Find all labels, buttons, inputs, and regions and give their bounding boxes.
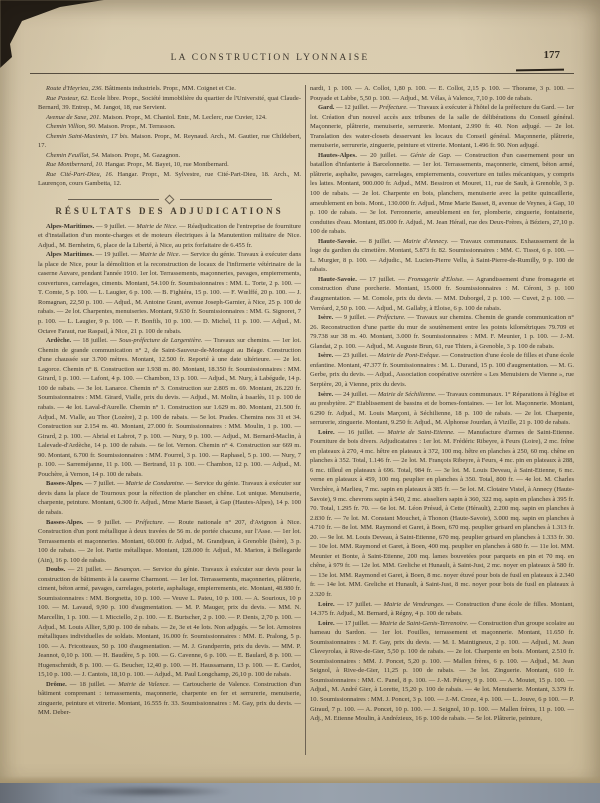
separator: — xyxy=(370,620,380,627)
listing-item: Chemin Feuillat, 54. Maison. Propr., M. … xyxy=(38,151,301,161)
venue-label: Besançon. xyxy=(114,566,141,573)
separator: — xyxy=(455,429,468,436)
region-label: Isère. xyxy=(318,314,333,321)
region-label: Loire. xyxy=(318,429,335,436)
page-number: 177 xyxy=(544,49,561,61)
adjudication-entry: Isère. — 24 juillet. — Mairie de Séchili… xyxy=(310,390,574,428)
region-label: Basses-Alpes. xyxy=(46,480,83,487)
region-label: Doubs. xyxy=(46,566,65,573)
entry-text: Manufacture d'armes de Saint-Etienne. Fo… xyxy=(310,429,574,598)
region-label: Hautes-Alpes. xyxy=(318,152,357,159)
separator: — xyxy=(108,337,119,344)
separator: — xyxy=(184,480,194,487)
adjudication-entry: Haute-Savoie. — 17 juillet. — Fromagerie… xyxy=(310,275,574,313)
street-label: Chemin Feuillat, 54. xyxy=(46,152,100,159)
separator: — xyxy=(397,152,410,159)
separator: — xyxy=(335,429,348,436)
venue-label: Mairie de Saint-Genis-Terrenoire. xyxy=(380,620,469,627)
separator: — xyxy=(129,251,139,258)
listing-item: Route d'Heyrieu, 236. Bâtiments industri… xyxy=(38,84,301,94)
region-label: Alpes Maritimes. xyxy=(46,251,94,258)
entry-date: 17 juillet. xyxy=(346,601,372,608)
entry-date: 9 juillet. xyxy=(104,223,126,230)
street-label: Rue Cité-Part-Dieu, 16. xyxy=(46,171,113,178)
continuation-paragraph: nardi, 1 p. 100. — A. Collot, 1,80 p. 10… xyxy=(310,84,574,103)
separator: — xyxy=(357,276,369,283)
street-label: Route d'Heyrieu, 236. xyxy=(46,85,103,92)
scanner-background-strip xyxy=(0,783,600,803)
entry-date: 18 juillet. xyxy=(82,337,108,344)
divider-line xyxy=(68,199,160,200)
region-label: Alpes-Maritimes. xyxy=(46,223,94,230)
separator: — xyxy=(335,601,347,608)
entry-date: 9 juillet. xyxy=(97,519,121,526)
entry-text: Service du génie. Travaux à exécuter dan… xyxy=(38,251,301,334)
separator: — xyxy=(333,314,344,321)
separator: — xyxy=(141,566,152,573)
entry-date: 9 juillet. xyxy=(344,314,366,321)
entry-date: 16 juillet. xyxy=(348,429,375,436)
separator: — xyxy=(369,104,379,111)
venue-label: Mairie de Vendranges. xyxy=(384,601,445,608)
listing-text: Bâtiments industriels. Propr., MM. Coign… xyxy=(103,85,236,92)
separator: — xyxy=(357,238,369,245)
separator: — xyxy=(334,104,344,111)
region-label: Haute-Savoie. xyxy=(318,276,357,283)
venue-label: Mairie de Condamine. xyxy=(125,480,184,487)
separator: — xyxy=(202,337,213,344)
separator: — xyxy=(391,238,403,245)
venue-label: Préfecture. xyxy=(135,519,164,526)
separator: — xyxy=(448,238,460,245)
separator: — xyxy=(437,391,447,398)
adjudication-entry: Alpes-Maritimes. — 9 juillet. — Mairie d… xyxy=(38,222,301,251)
entry-date: 17 juillet. xyxy=(369,276,395,283)
adjudication-entry: Gard. — 12 juillet. — Préfecture. — Trav… xyxy=(310,103,574,151)
region-label: Drôme. xyxy=(46,681,67,688)
adjudication-entry: Isère. — 9 juillet. — Préfecture. — Trav… xyxy=(310,313,574,351)
header-rule-accent xyxy=(516,69,564,72)
region-label: Gard. xyxy=(318,104,334,111)
entry-text: Travaux sur chemins. — 1er lot. Chemin d… xyxy=(38,337,301,478)
section-divider-ornament xyxy=(68,196,272,203)
separator: — xyxy=(440,352,450,359)
entry-date: 19 juillet. xyxy=(104,251,129,258)
adjudication-entry: Haute-Savoie. — 8 juillet. — Mairie d'An… xyxy=(310,237,574,275)
adjudication-entry: Basses-Alpes. — 9 juillet. — Préfecture.… xyxy=(38,518,301,566)
separator: — xyxy=(333,352,343,359)
separator: — xyxy=(452,152,465,159)
venue-label: Mairie de Séchilienne. xyxy=(378,391,437,398)
listing-text: Hangar. Propr., M. Bayet, 10, rue Montbe… xyxy=(104,161,229,168)
separator: — xyxy=(464,276,476,283)
street-label: Rue Pasteur, 62. xyxy=(46,95,89,102)
venue-label: Mairie de Nice. xyxy=(139,251,180,258)
separator: — xyxy=(368,352,378,359)
adjudication-entries-right: Gard. — 12 juillet. — Préfecture. — Trav… xyxy=(310,103,574,724)
listing-text: Maison. Propr., M. Chaniol. Entr., M. Le… xyxy=(101,114,267,121)
separator: — xyxy=(65,566,76,573)
entry-date: 23 juillet. xyxy=(343,352,368,359)
listing-item: Rue Montbernard, 10. Hangar. Propr., M. … xyxy=(38,160,301,170)
venue-label: Sous-préfecture de Largentière. xyxy=(119,337,203,344)
adjudication-entry: Doubs. — 21 juillet. — Besançon. — Servi… xyxy=(38,565,301,680)
separator: — xyxy=(368,391,378,398)
street-label: Chemin Villion, 90. xyxy=(46,123,96,130)
separator: — xyxy=(406,314,417,321)
street-label: Chemin Saint-Maximin, 17 bis. xyxy=(46,133,129,140)
region-label: Loire. xyxy=(318,601,335,608)
entry-date: 8 juillet. xyxy=(369,238,392,245)
venue-label: Mairie de Saint-Etienne. xyxy=(387,429,454,436)
separator: — xyxy=(126,223,136,230)
listing-text: Maison. Propr., M. Terrasson. xyxy=(96,123,175,130)
listing-item: Avenue de Saxe, 201. Maison. Propr., M. … xyxy=(38,113,301,123)
adjudication-entry: Isère. — 23 juillet. — Mairie de Pont-Ev… xyxy=(310,351,574,389)
separator: — xyxy=(333,391,343,398)
separator: — xyxy=(468,620,478,627)
separator: — xyxy=(94,223,104,230)
adjudication-entry: Basses-Alpes. — 7 juillet. — Mairie de C… xyxy=(38,479,301,517)
diamond-ornament-icon xyxy=(165,195,175,205)
separator: — xyxy=(180,251,190,258)
separator: — xyxy=(444,601,456,608)
venue-label: Mairie d'Annecy. xyxy=(403,238,448,245)
region-label: Loire. xyxy=(318,620,335,627)
adjudication-entry: Loire. — 16 juillet. — Mairie de Saint-E… xyxy=(310,428,574,600)
street-label: Rue Montbernard, 10. xyxy=(46,161,104,168)
separator: — xyxy=(164,519,178,526)
entry-date: 20 juillet. xyxy=(370,152,397,159)
venue-label: Préfecture. xyxy=(377,314,406,321)
region-label: Haute-Savoie. xyxy=(318,238,357,245)
paper-sheet: LA CONSTRUCTION LYONNAISE 177 Route d'He… xyxy=(0,0,600,783)
venue-label: Mairie de Pont-Evêque. xyxy=(378,352,440,359)
region-label: Isère. xyxy=(318,391,333,398)
street-label: Avenue de Saxe, 201. xyxy=(46,114,101,121)
listing-text: Maison. Propr., M. Gazagnon. xyxy=(100,152,180,159)
region-label: Isère. xyxy=(318,352,333,359)
listing-item: Chemin Saint-Maximin, 17 bis. Maison. Pr… xyxy=(38,132,301,151)
separator: — xyxy=(170,681,183,688)
right-column: nardi, 1 p. 100. — A. Collot, 1,80 p. 10… xyxy=(310,84,574,761)
separator: — xyxy=(357,152,370,159)
column-rule xyxy=(305,85,306,755)
separator: — xyxy=(395,276,407,283)
adjudication-entry: Hautes-Alpes. — 20 juillet. — Génie de G… xyxy=(310,151,574,237)
scanned-newspaper-page: LA CONSTRUCTION LYONNAISE 177 Route d'He… xyxy=(0,0,600,803)
divider-line xyxy=(180,199,272,200)
separator: — xyxy=(408,104,418,111)
venue-label: Mairie de Nice. xyxy=(136,223,177,230)
separator: — xyxy=(366,314,377,321)
separator: — xyxy=(94,251,104,258)
venue-label: Mairie de Valence. xyxy=(118,681,170,688)
separator: — xyxy=(83,519,97,526)
entry-text: Construction d'un groupe scolaire au ham… xyxy=(310,620,574,722)
adjudication-entry: Loire. — 17 juillet. — Mairie de Vendran… xyxy=(310,600,574,619)
separator: — xyxy=(115,480,125,487)
two-column-text-area: Route d'Heyrieu, 236. Bâtiments industri… xyxy=(38,84,574,761)
entry-text: Construction d'un casernement pour un ba… xyxy=(310,152,574,235)
listing-item: Rue Pasteur, 62. Ecole libre. Propr., So… xyxy=(38,94,301,113)
left-column: Route d'Heyrieu, 236. Bâtiments industri… xyxy=(38,84,301,761)
listing-item: Rue Cité-Part-Dieu, 16. Hangar. Propr., … xyxy=(38,170,301,189)
entry-date: 21 juillet. xyxy=(77,566,103,573)
adjudication-entry: Ardèche. — 18 juillet. — Sous-préfecture… xyxy=(38,336,301,479)
scan-smudge xyxy=(72,786,232,797)
separator: — xyxy=(83,480,93,487)
region-label: Basses-Alpes. xyxy=(46,519,83,526)
separator: — xyxy=(67,681,80,688)
separator: — xyxy=(103,566,114,573)
section-title: RÉSULTATS DES ADJUDICATIONS xyxy=(38,207,301,217)
separator: — xyxy=(106,681,119,688)
adjudication-entries-left: Alpes-Maritimes. — 9 juillet. — Mairie d… xyxy=(38,222,301,718)
header-rule xyxy=(30,73,574,74)
entry-date: 24 juillet. xyxy=(343,391,368,398)
adjudication-entry: Drôme. — 18 juillet. — Mairie de Valence… xyxy=(38,680,301,718)
journal-title: LA CONSTRUCTION LYONNAISE xyxy=(150,53,390,63)
entry-date: 12 juillet. xyxy=(344,104,369,111)
entry-text: Service du génie. Travaux à exécuter sur… xyxy=(38,566,301,678)
region-label: Ardèche. xyxy=(46,337,71,344)
entry-date: 7 juillet. xyxy=(93,480,115,487)
separator: — xyxy=(177,223,187,230)
separator: — xyxy=(374,429,387,436)
venue-label: Fromagerie d'Eloise. xyxy=(408,276,464,283)
entry-date: 17 juillet. xyxy=(345,620,370,627)
separator: — xyxy=(372,601,384,608)
venue-label: Génie de Gap. xyxy=(410,152,451,159)
separator: — xyxy=(121,519,135,526)
adjudication-entry: Loire. — 17 juillet. — Mairie de Saint-G… xyxy=(310,619,574,724)
entry-date: 18 juillet. xyxy=(79,681,105,688)
separator: — xyxy=(71,337,82,344)
venue-label: Préfecture. xyxy=(379,104,408,111)
building-listings: Route d'Heyrieu, 236. Bâtiments industri… xyxy=(38,84,301,189)
adjudication-entry: Alpes Maritimes. — 19 juillet. — Mairie … xyxy=(38,250,301,336)
listing-item: Chemin Villion, 90. Maison. Propr., M. T… xyxy=(38,122,301,132)
separator: — xyxy=(335,620,345,627)
